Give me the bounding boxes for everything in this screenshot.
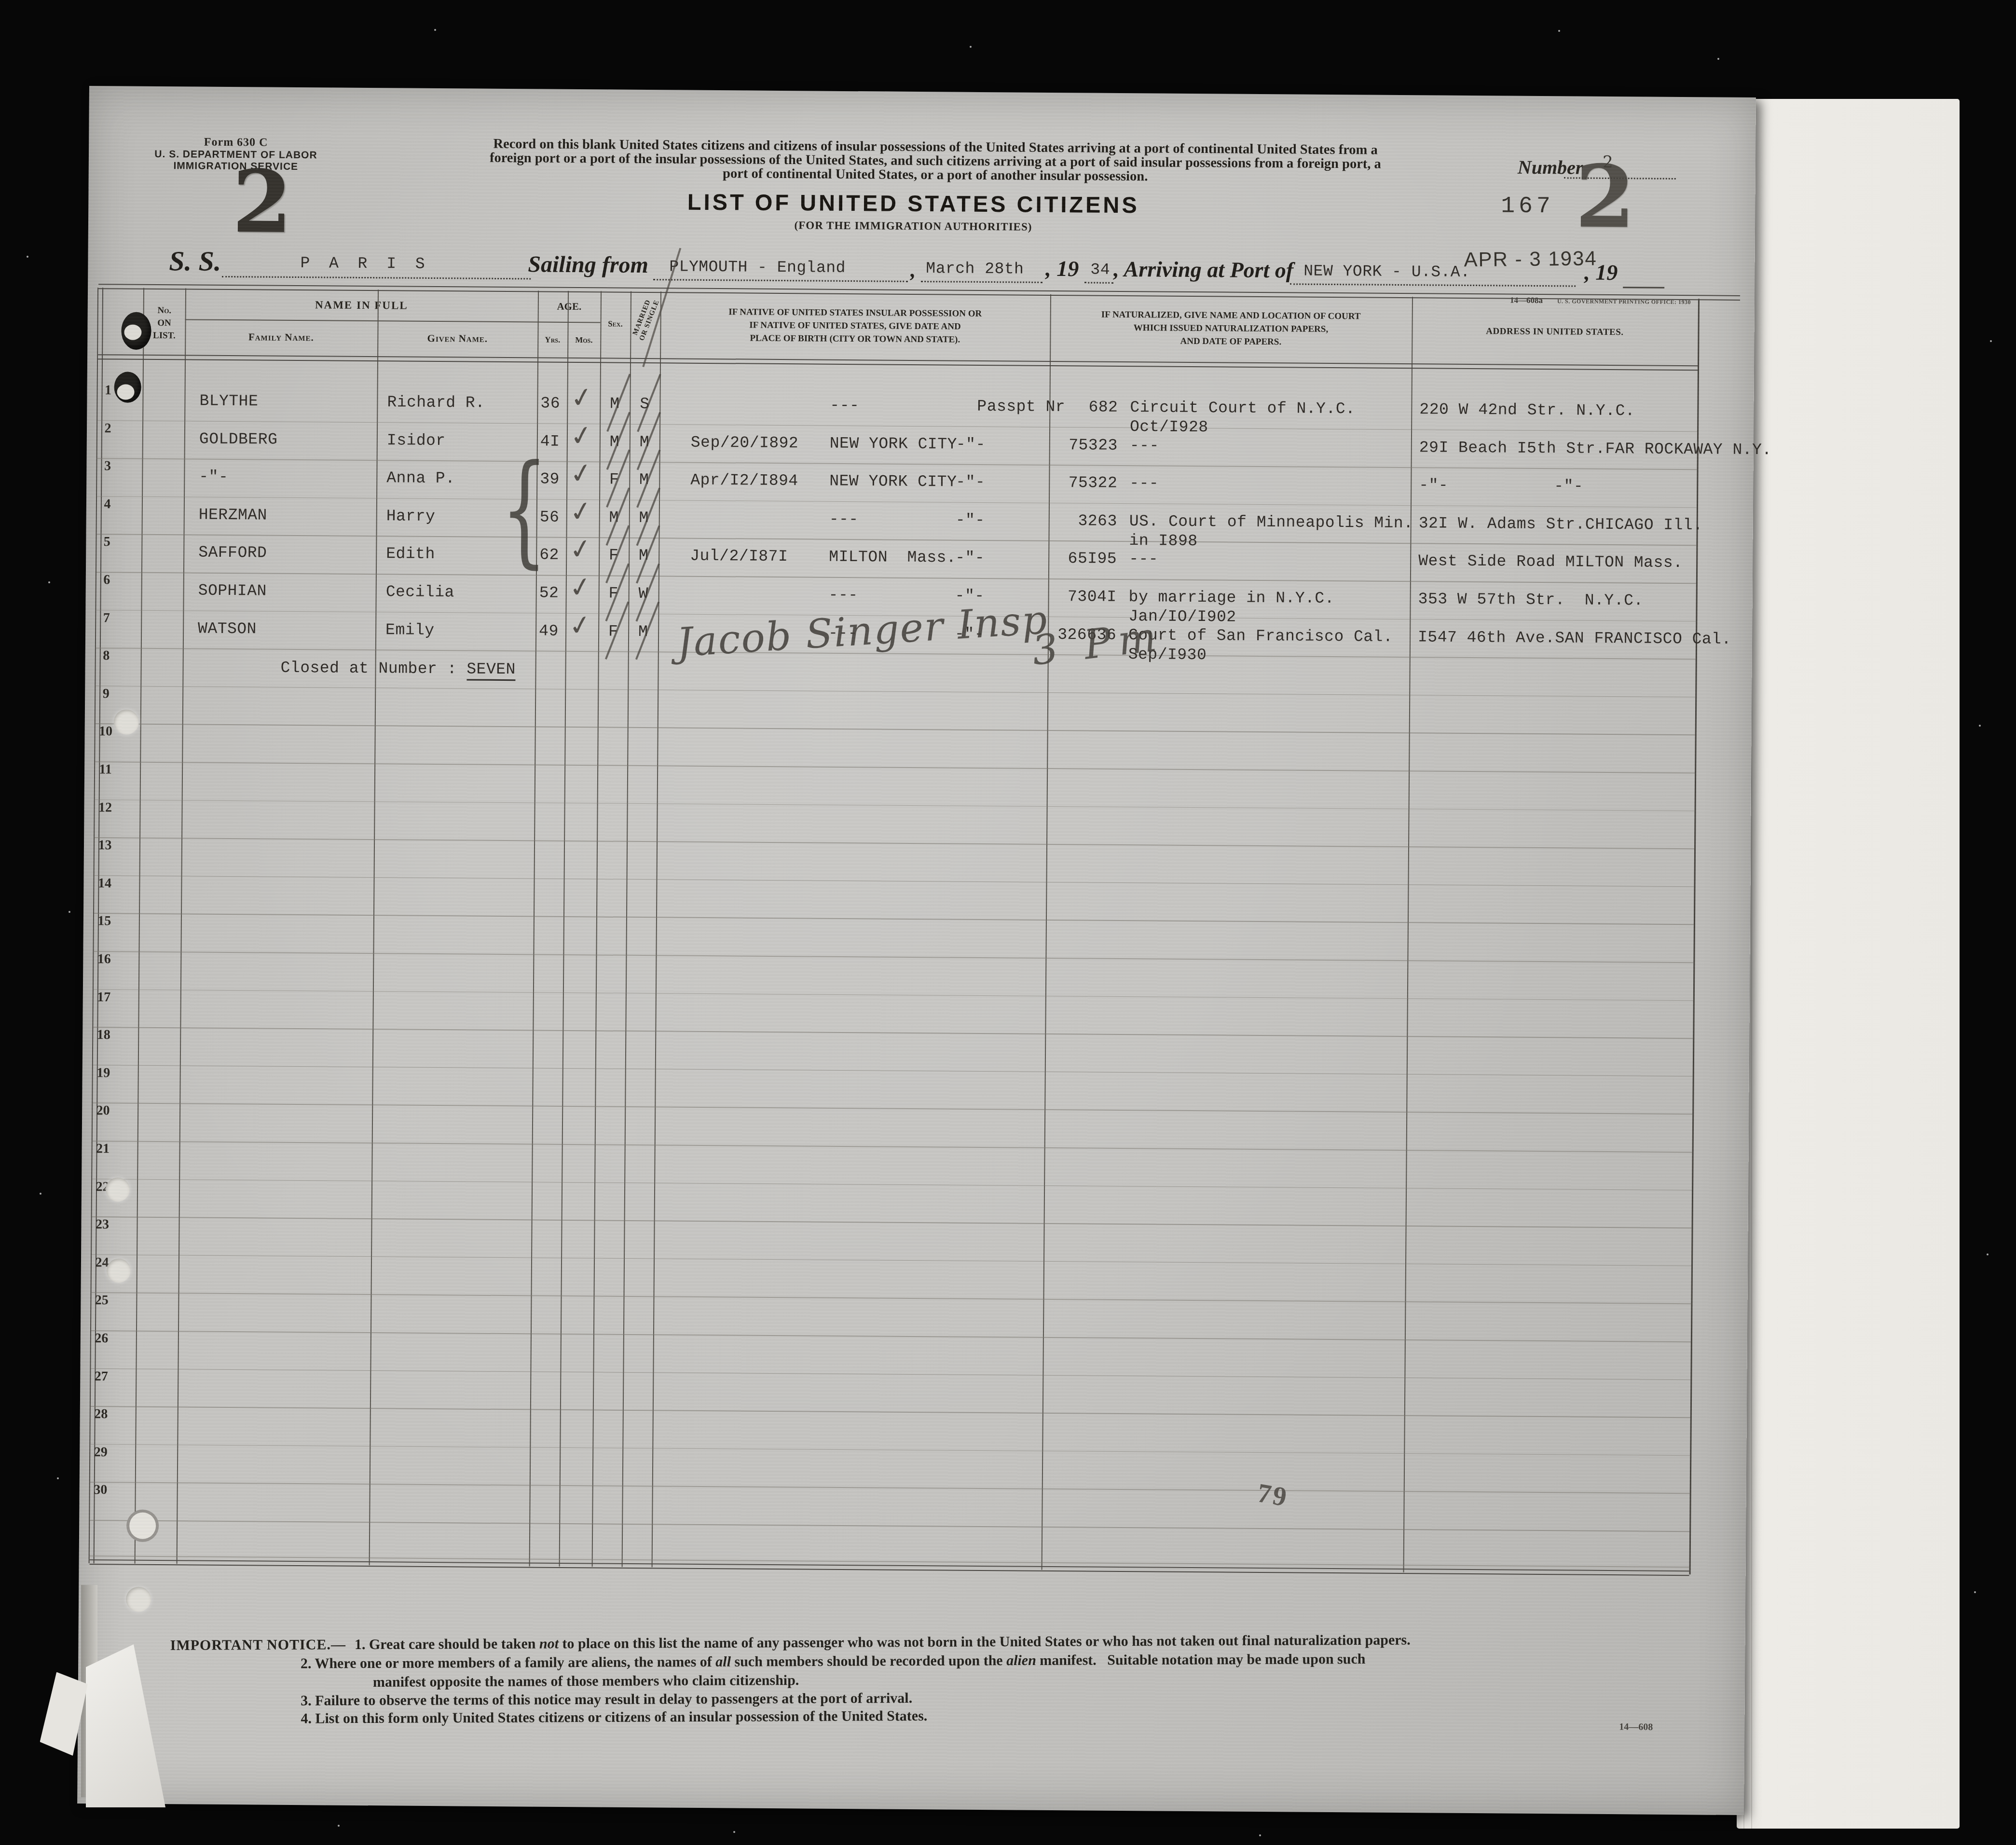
dust-speck bbox=[1987, 1253, 1989, 1255]
cell-row-number: 19 bbox=[82, 1065, 124, 1081]
manifest-table: No. ON LIST. NAME IN FULL Family Name. G… bbox=[77, 86, 1756, 1815]
family-brace-mark: { bbox=[501, 452, 548, 568]
manifest-page: Form 630 C U. S. DEPARTMENT OF LABOR IMM… bbox=[77, 86, 1756, 1815]
cell-naturalization-number: 7304I bbox=[1048, 588, 1117, 606]
column-header-mos: Mos. bbox=[567, 335, 600, 345]
cell-birth-place: --- bbox=[830, 397, 859, 414]
cell-birth-ditto: -"- bbox=[956, 473, 985, 491]
cell-birth-date: Apr/I2/I894 bbox=[690, 471, 798, 490]
cell-row-number: 15 bbox=[83, 913, 125, 929]
hole-punch-highlight bbox=[117, 384, 134, 399]
cell-naturalization-court: Circuit Court of N.Y.C. bbox=[1130, 399, 1355, 418]
cell-row-number: 25 bbox=[81, 1293, 123, 1308]
cell-birth-ditto: -"- bbox=[956, 511, 985, 529]
cell-row-number: 14 bbox=[83, 876, 125, 892]
column-header-sex: Sex. bbox=[601, 319, 631, 329]
cell-row-number: 17 bbox=[83, 990, 125, 1005]
cell-age-years: 52 bbox=[539, 584, 559, 602]
dust-speck bbox=[733, 1831, 735, 1833]
scanned-manifest-screenshot: { "scan": { "page_stamp": "167", "sheet_… bbox=[0, 0, 2016, 1845]
cell-given-name: Anna P. bbox=[386, 469, 455, 488]
dust-speck bbox=[1717, 58, 1719, 60]
cell-naturalization-number: 3263 bbox=[1049, 512, 1117, 530]
cell-row-number: 12 bbox=[84, 800, 126, 816]
cell-row-number: 27 bbox=[80, 1369, 122, 1385]
cell-naturalization-court: by marriage in N.Y.C. bbox=[1129, 588, 1335, 607]
cell-naturalization-court: --- bbox=[1129, 550, 1158, 568]
cell-family-name: SAFFORD bbox=[198, 544, 267, 562]
cell-row-number: 21 bbox=[82, 1141, 124, 1157]
dust-speck bbox=[69, 911, 70, 913]
notice-label: IMPORTANT NOTICE.— bbox=[170, 1637, 346, 1653]
cell-row-number: 13 bbox=[84, 838, 126, 854]
hole-punch bbox=[126, 1587, 151, 1612]
cell-row-number: 6 bbox=[86, 572, 128, 588]
dust-speck bbox=[1558, 30, 1560, 32]
pencil-check-mark: ✓ bbox=[567, 456, 595, 491]
hole-punch bbox=[107, 1258, 131, 1282]
cell-address: 32I W. Adams Str.CHICAGO Ill. bbox=[1419, 514, 1703, 534]
cell-row-number: 8 bbox=[85, 648, 127, 664]
dust-speck bbox=[48, 581, 50, 583]
cell-address: 353 W 57th Str. N.Y.C. bbox=[1418, 590, 1644, 609]
cell-row-number: 20 bbox=[82, 1103, 124, 1119]
pencil-check-mark: ✓ bbox=[568, 418, 595, 453]
cell-naturalization-court: --- bbox=[1130, 437, 1159, 454]
cell-age-years: 49 bbox=[539, 622, 559, 640]
dust-speck bbox=[40, 1193, 41, 1195]
cell-row-number: 4 bbox=[86, 496, 128, 512]
hole-punch-highlight bbox=[124, 325, 141, 340]
dust-speck bbox=[57, 1477, 59, 1479]
cell-row-number: 30 bbox=[80, 1482, 122, 1498]
cell-birth-place: NEW YORK CITY bbox=[829, 472, 957, 491]
cell-given-name: Emily bbox=[385, 621, 435, 639]
cell-address: -"- bbox=[1419, 476, 1448, 494]
notice-item-4: 4. List on this form only United States … bbox=[301, 1708, 927, 1727]
cell-birth-ditto: -"- bbox=[955, 549, 985, 567]
cell-family-name: HERZMAN bbox=[199, 506, 267, 524]
cell-row-number: 7 bbox=[85, 610, 127, 626]
cell-naturalization-court: Court of San Francisco Cal. bbox=[1128, 626, 1393, 646]
cell-birth-date: Jul/2/I87I bbox=[690, 547, 788, 565]
column-header-birth: IF NATIVE OF UNITED STATES INSULAR POSSE… bbox=[660, 305, 1050, 347]
closed-at-number-note: Closed at Number : SEVEN bbox=[280, 659, 516, 678]
cell-row-number: 3 bbox=[86, 458, 128, 474]
cell-row-number: 16 bbox=[83, 951, 125, 967]
next-page-edge bbox=[1737, 99, 1960, 1829]
cell-row-number: 11 bbox=[84, 762, 126, 778]
pencil-check-mark: ✓ bbox=[568, 381, 595, 415]
cell-row-number: 18 bbox=[82, 1027, 124, 1043]
cell-address: 220 W 42nd Str. N.Y.C. bbox=[1419, 400, 1635, 420]
dust-speck bbox=[1979, 725, 1981, 727]
cell-address: West Side Road MILTON Mass. bbox=[1418, 552, 1683, 572]
cell-birth-ditto: -"- bbox=[956, 435, 986, 453]
column-header-naturalization: IF NATURALIZED, GIVE NAME AND LOCATION O… bbox=[1050, 308, 1412, 349]
pencil-check-mark: ✓ bbox=[567, 494, 595, 529]
notice-item-2-cont: manifest opposite the names of those mem… bbox=[373, 1672, 799, 1691]
header-bottom-border bbox=[98, 354, 1698, 371]
pencil-check-mark: ✓ bbox=[567, 570, 594, 605]
cell-birth-date: Sep/20/I892 bbox=[691, 433, 799, 452]
hole-punch bbox=[121, 312, 151, 349]
dust-speck bbox=[338, 1825, 340, 1827]
table-bottom-border bbox=[90, 1559, 1689, 1576]
closed-number-value: SEVEN bbox=[466, 661, 516, 681]
cell-given-name: Cecilia bbox=[386, 583, 454, 601]
cell-birth-place: --- bbox=[829, 586, 858, 604]
hole-punch bbox=[106, 1177, 130, 1201]
cell-row-number: 23 bbox=[81, 1217, 123, 1233]
cell-naturalization-number: 75323 bbox=[1049, 436, 1118, 454]
hole-punch bbox=[114, 709, 139, 734]
dust-speck bbox=[1990, 340, 1992, 342]
cell-naturalization-court: US. Court of Minneapolis Min. bbox=[1129, 512, 1413, 532]
cell-birth-place: MILTON Mass. bbox=[829, 548, 956, 567]
notice-item-3: 3. Failure to observe the terms of this … bbox=[301, 1690, 912, 1709]
cell-row-number: 26 bbox=[81, 1331, 123, 1347]
pencil-check-mark: ✓ bbox=[567, 532, 594, 567]
pencil-check-mark: ✓ bbox=[566, 608, 594, 643]
cell-given-name: Edith bbox=[386, 545, 435, 564]
column-header-given-name: Given Name. bbox=[377, 332, 537, 345]
dust-speck bbox=[27, 256, 28, 258]
cell-row-number: 5 bbox=[86, 534, 128, 550]
dust-speck bbox=[1974, 1591, 1976, 1593]
hole-punch bbox=[126, 1510, 159, 1542]
column-header-age: AGE. bbox=[538, 301, 601, 313]
column-header-family-name: Family Name. bbox=[185, 330, 377, 344]
column-header-yrs: Yrs. bbox=[537, 335, 567, 345]
column-header-address: ADDRESS IN UNITED STATES. bbox=[1412, 326, 1698, 338]
cell-given-name: Richard R. bbox=[387, 393, 485, 412]
cell-address-ditto: -"- bbox=[1554, 477, 1583, 495]
cell-address: I547 46th Ave.SAN FRANCISCO Cal. bbox=[1418, 628, 1731, 648]
cell-given-name: Isidor bbox=[387, 431, 446, 450]
cell-age-years: 36 bbox=[540, 395, 560, 413]
cell-naturalization-number: 65I95 bbox=[1048, 550, 1117, 568]
cell-row-number: 2 bbox=[87, 421, 129, 437]
cell-address: 29I Beach I5th Str.FAR ROCKAWAY N.Y. bbox=[1419, 439, 1772, 459]
cell-family-name: -"- bbox=[199, 468, 228, 486]
table-top-border bbox=[98, 284, 1740, 301]
cell-naturalization-court: --- bbox=[1129, 474, 1159, 492]
column-header-name-in-full: NAME IN FULL bbox=[185, 298, 538, 313]
dust-speck bbox=[434, 29, 436, 31]
dust-speck bbox=[970, 46, 972, 48]
cell-family-name: GOLDBERG bbox=[199, 430, 278, 448]
cell-family-name: SOPHIAN bbox=[198, 582, 267, 600]
hole-punch bbox=[114, 372, 141, 402]
cell-family-name: BLYTHE bbox=[199, 392, 258, 411]
cell-given-name: Harry bbox=[386, 507, 436, 525]
dust-speck bbox=[1259, 1834, 1261, 1836]
print-code-bottom: 14—608 bbox=[1619, 1721, 1653, 1733]
cell-row-number: 9 bbox=[85, 686, 127, 702]
stamp-79: 79 bbox=[1255, 1477, 1291, 1513]
cell-row-number: 29 bbox=[80, 1445, 122, 1460]
cell-birth-place: NEW YORK CITY bbox=[830, 434, 957, 453]
cell-family-name: WATSON bbox=[198, 620, 257, 638]
cell-naturalization-number: 75322 bbox=[1049, 474, 1117, 492]
cell-row-number: 28 bbox=[80, 1406, 122, 1422]
cell-naturalization-number: 682 bbox=[1049, 398, 1118, 416]
cell-birth-place: --- bbox=[829, 510, 859, 528]
